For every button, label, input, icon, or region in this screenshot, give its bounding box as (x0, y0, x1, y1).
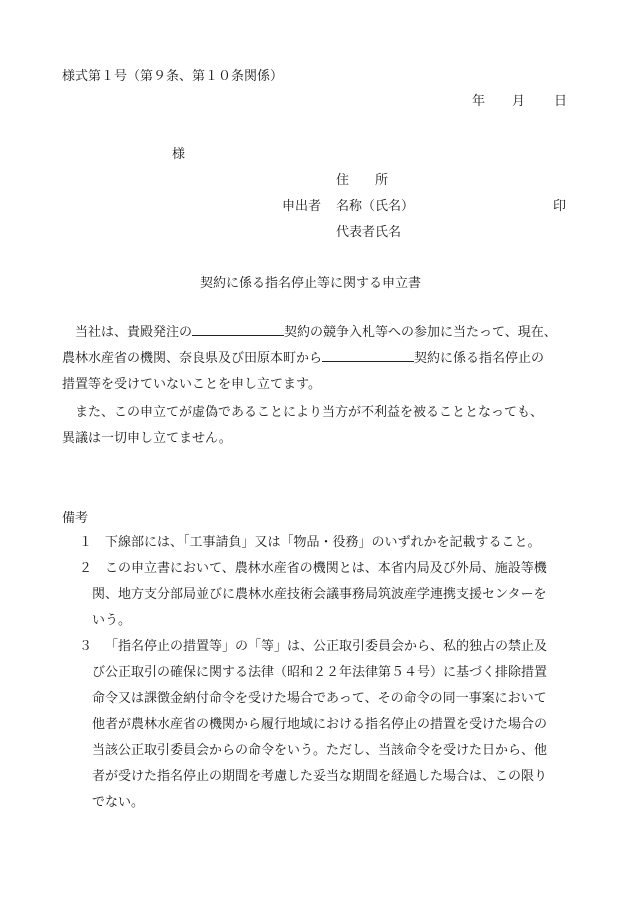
note-line: いう。 (92, 608, 579, 634)
note-line: 「指名停止の措置等」の「等」は、公正取引委員会から、私的独占の禁止及 (105, 634, 579, 660)
note-number: １ (79, 530, 92, 556)
note-item-1: １ 下線部には、「工事請負」又は「物品・役務」のいずれかを記載すること。 (79, 530, 579, 556)
contract-type-blank-1[interactable] (192, 323, 284, 336)
note-line: び公正取引の確保に関する法律（昭和２２年法律第５４号）に基づく排除措置 (92, 660, 579, 686)
note-line: この申立書において、農林水産省の機関とは、本省内局及び外局、施設等機 (105, 556, 579, 582)
p1-line2-end: 契約に係る指名停止の (414, 351, 544, 366)
p1-line3: 措置等を受けていないことを申し立てます。 (62, 372, 582, 398)
p2-line1: また、この申立てが虚偽であることにより当方が不利益を被ることとなっても、 (62, 400, 582, 426)
form-number: 様式第１号（第９条、第１０条関係） (62, 70, 283, 83)
date-day-label: 日 (554, 95, 567, 108)
note-line: 者が受けた指名停止の期間を考慮した妥当な期間を経過した場合は、この限り (92, 764, 579, 790)
note-line: 当該公正取引委員会からの命令をいう。ただし、当該命令を受けた日から、他 (92, 738, 579, 764)
note-line: 命令又は課徴金納付命令を受けた場合であって、その命令の同一事案において (92, 686, 579, 712)
name-label: 名称（氏名） (336, 200, 414, 213)
body-paragraph-2: また、この申立てが虚偽であることにより当方が不利益を被ることとなっても、 異議は… (62, 400, 582, 452)
body-paragraph-1: 当社は、貴殿発注の契約の競争入札等への参加に当たって、現在、 農林水産省の機関、… (62, 320, 582, 398)
address-label: 住 所 (336, 174, 388, 187)
note-line: 関、地方支分部局並びに農林水産技術会議事務局筑波産学連携支援センターを (92, 582, 579, 608)
note-line: 他者が農林水産省の機関から履行地域における指名停止の措置を受けた場合の (92, 712, 579, 738)
note-item-2: ２ この申立書において、農林水産省の機関とは、本省内局及び外局、施設等機 関、地… (79, 556, 579, 634)
seal-mark: 印 (553, 200, 566, 213)
p1-line2-start: 農林水産省の機関、奈良県及び田原本町から (62, 351, 322, 366)
applicant-label: 申出者 (282, 200, 321, 213)
addressee-suffix: 様 (172, 148, 185, 161)
contract-type-blank-2[interactable] (322, 349, 414, 362)
p1-line1-end: 契約の競争入札等への参加に当たって、現在、 (284, 325, 557, 340)
date-year-label: 年 (472, 95, 485, 108)
p1-line1-start: 当社は、貴殿発注の (62, 325, 192, 340)
note-line: でない。 (92, 790, 579, 816)
note-item-3: ３ 「指名停止の措置等」の「等」は、公正取引委員会から、私的独占の禁止及 び公正… (79, 634, 579, 816)
notes-heading: 備考 (62, 512, 88, 525)
note-number: ２ (79, 556, 92, 582)
date-month-label: 月 (512, 95, 525, 108)
note-number: ３ (79, 634, 92, 660)
document-title: 契約に係る指名停止等に関する申立書 (200, 277, 421, 290)
note-line: 下線部には、「工事請負」又は「物品・役務」のいずれかを記載すること。 (105, 530, 579, 556)
p2-line2: 異議は一切申し立てません。 (62, 426, 582, 452)
representative-label: 代表者氏名 (336, 226, 401, 239)
